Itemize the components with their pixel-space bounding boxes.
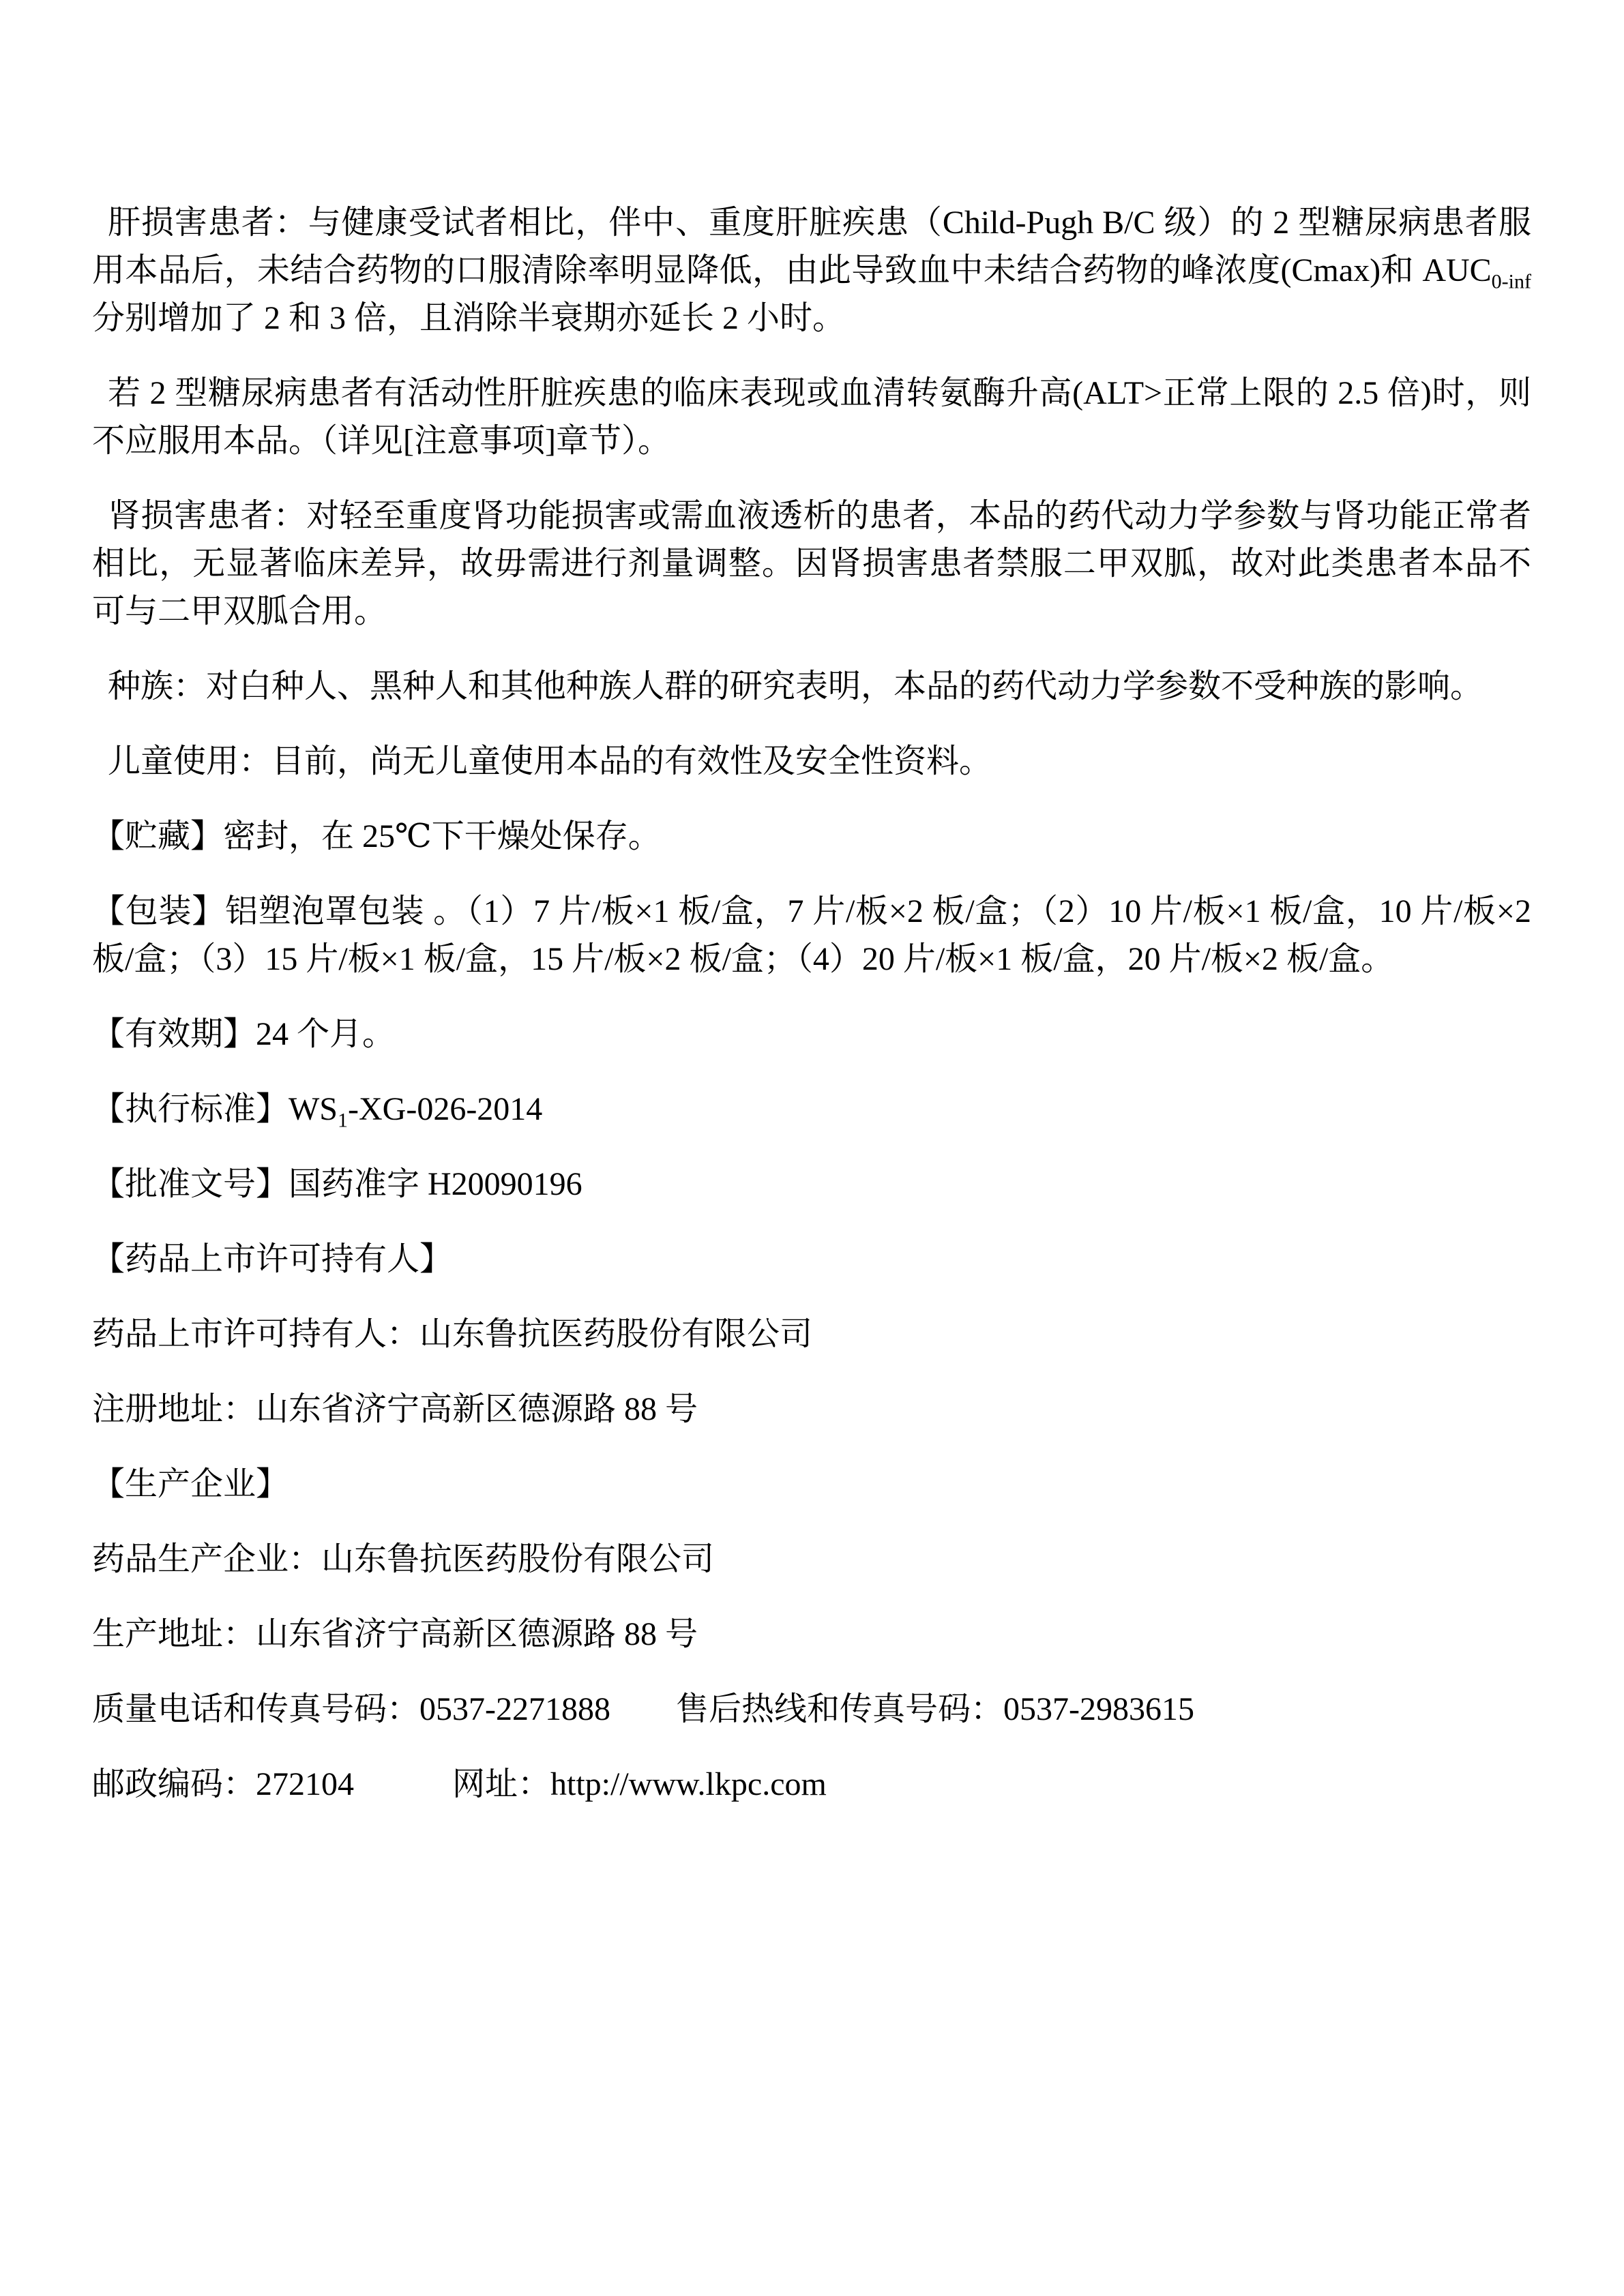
para-manufacturer-header: 【生产企业】 — [92, 1461, 1531, 1508]
para-hepatic-impairment: 肝损害患者：与健康受试者相比，伴中、重度肝脏疾患（Child-Pugh B/C … — [92, 199, 1531, 342]
para-mah-registered-address: 注册地址：山东省济宁高新区德源路 88 号 — [92, 1386, 1531, 1433]
para-mah-header: 【药品上市许可持有人】 — [92, 1236, 1531, 1283]
para-approval-number: 【批准文号】国药准字 H20090196 — [92, 1161, 1531, 1208]
para-manufacturer-address: 生产地址：山东省济宁高新区德源路 88 号 — [92, 1611, 1531, 1658]
para-alt-warning: 若 2 型糖尿病患者有活动性肝脏疾患的临床表现或血清转氨酶升高(ALT>正常上限… — [92, 370, 1531, 465]
para-shelf-life: 【有效期】24 个月。 — [92, 1011, 1531, 1058]
drug-insert-page: 肝损害患者：与健康受试者相比，伴中、重度肝脏疾患（Child-Pugh B/C … — [0, 0, 1624, 2296]
para-execution-standard: 【执行标准】WS1-XG-026-2014 — [92, 1086, 1531, 1133]
para-race: 种族：对白种人、黑种人和其他种族人群的研究表明，本品的药代动力学参数不受种族的影… — [92, 663, 1531, 711]
para-postal-code-and-website: 邮政编码：272104 网址：http://www.lkpc.com — [92, 1761, 1531, 1808]
para-packaging: 【包装】铝塑泡罩包装 。（1）7 片/板×1 板/盒，7 片/板×2 板/盒；（… — [92, 888, 1531, 983]
para-manufacturer-name: 药品生产企业：山东鲁抗医药股份有限公司 — [92, 1536, 1531, 1583]
document-body: 肝损害患者：与健康受试者相比，伴中、重度肝脏疾患（Child-Pugh B/C … — [92, 199, 1531, 1836]
para-renal-impairment: 肾损害患者：对轻至重度肾功能损害或需血液透析的患者，本品的药代动力学参数与肾功能… — [92, 492, 1531, 636]
para-quality-phone-numbers: 质量电话和传真号码：0537-2271888 售后热线和传真号码：0537-29… — [92, 1686, 1531, 1733]
para-mah-name: 药品上市许可持有人：山东鲁抗医药股份有限公司 — [92, 1311, 1531, 1358]
para-storage: 【贮藏】密封，在 25℃下干燥处保存。 — [92, 813, 1531, 861]
para-pediatric-use: 儿童使用：目前，尚无儿童使用本品的有效性及安全性资料。 — [92, 738, 1531, 786]
